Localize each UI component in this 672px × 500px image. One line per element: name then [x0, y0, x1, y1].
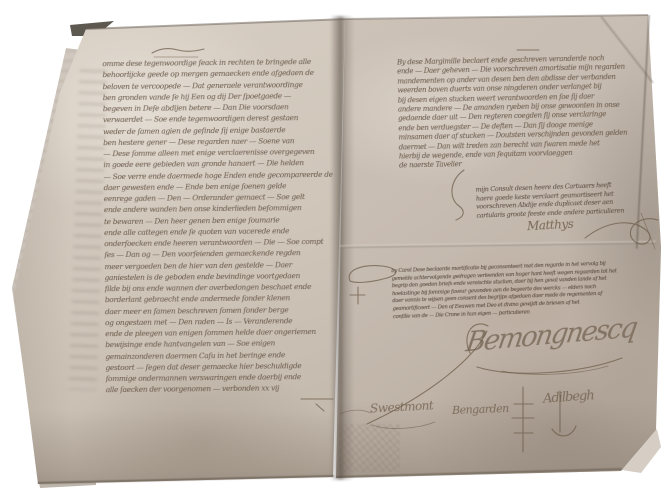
subscription-paraph-flourish [452, 170, 464, 220]
manuscript-photo: omme dese tegenwoordige ſeack in rechten… [0, 0, 672, 500]
bottom-signature-underline [372, 422, 435, 429]
main-signature-leadin [467, 324, 488, 353]
margin-loop-flourish [349, 266, 396, 283]
ink-flourishes [0, 0, 672, 500]
main-signature-underline [477, 358, 622, 373]
margin-cross-icon [350, 287, 365, 304]
subscription-signature-flourish [585, 219, 658, 244]
notarial-cross-icon [512, 387, 534, 452]
main-signature-descender [367, 331, 487, 424]
left-page-endmark [301, 399, 333, 411]
third-signature-flourish [552, 391, 576, 436]
bottom-signature-leadline [340, 410, 371, 414]
main-signature-underline-2 [502, 366, 608, 374]
left-heading-squiggle [152, 49, 204, 53]
